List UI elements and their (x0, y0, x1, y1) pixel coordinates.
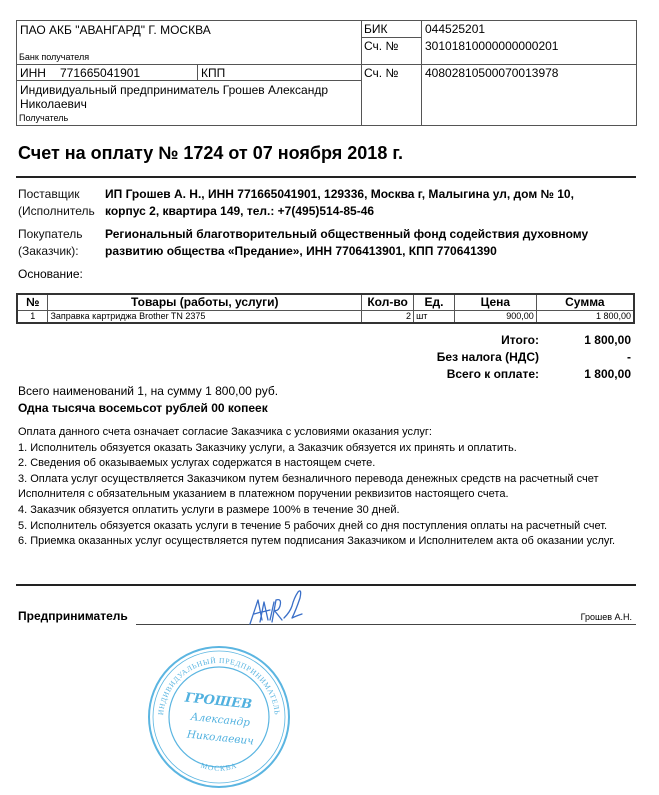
stamp-line1: ГРОШЕВ (183, 690, 253, 712)
vat-label: Без налога (НДС) (437, 350, 539, 364)
divider (197, 64, 198, 81)
recipient-caption: Получатель (19, 113, 68, 124)
kpp-label: КПП (201, 66, 225, 80)
terms-intro: Оплата данного счета означает согласие З… (18, 425, 638, 441)
recipient-account-value: 40802810500070013978 (425, 66, 558, 80)
signatory-name: Грошев А.Н. (581, 612, 632, 622)
signature-role-label: Предприниматель (18, 609, 128, 623)
total-value: 1 800,00 (584, 333, 631, 347)
corr-account-label: Сч. № (364, 39, 398, 53)
supplier-value-line1: ИП Грошев А. Н., ИНН 771665041901, 12933… (105, 186, 635, 203)
payment-terms: Оплата данного счета означает согласие З… (18, 425, 638, 550)
cell-goods: Заправка картриджа Brother TN 2375 (48, 310, 362, 323)
terms-item: 2. Сведения об оказываемых услугах содер… (18, 456, 638, 472)
stamp-ring-bottom: МОСКВА (200, 761, 239, 773)
handwritten-signature-icon (246, 586, 326, 628)
bank-caption: Банк получателя (19, 52, 89, 63)
supplier-label-line1: Поставщик (18, 186, 108, 203)
col-header-qty: Кол-во (362, 294, 414, 310)
company-stamp-icon: ИНДИВИДУАЛЬНЫЙ ПРЕДПРИНИМАТЕЛЬ МОСКВА ГР… (144, 641, 294, 791)
buyer-label-line2: (Заказчик): (18, 243, 108, 260)
terms-item: 6. Приемка оказанных услуг осуществляетс… (18, 534, 638, 550)
col-header-goods: Товары (работы, услуги) (48, 294, 362, 310)
stamp-line3: Николаевич (185, 728, 254, 747)
title-rule (16, 176, 636, 178)
bank-name: ПАО АКБ "АВАНГАРД" Г. МОСКВА (20, 23, 211, 37)
items-header-row: № Товары (работы, услуги) Кол-во Ед. Цен… (17, 294, 634, 310)
supplier-value-line2: корпус 2, квартира 149, тел.: +7(495)514… (105, 203, 635, 220)
supplier-label: Поставщик (Исполнитель (18, 186, 108, 220)
buyer-value-line1: Региональный благотворительный обществен… (105, 226, 635, 243)
corr-account-value: 30101810000000000201 (425, 39, 558, 53)
grand-total-label: Всего к оплате: (447, 367, 539, 381)
stamp-line2: Александр (189, 711, 251, 729)
cell-number: 1 (17, 310, 48, 323)
buyer-value-line2: развитию общества «Предание», ИНН 770641… (105, 243, 635, 260)
inn-label: ИНН (20, 66, 46, 80)
recipient-name-line2: Николаевич (20, 97, 87, 111)
buyer-label: Покупатель (Заказчик): (18, 226, 108, 260)
terms-item: 4. Заказчик обязуется оплатить услуги в … (18, 503, 638, 519)
col-header-sum: Сумма (536, 294, 634, 310)
supplier-label-line2: (Исполнитель (18, 203, 108, 220)
terms-item: 3. Оплата услуг осуществляется Заказчико… (18, 472, 638, 503)
signature-line (136, 624, 636, 625)
cell-unit: шт (414, 310, 455, 323)
invoice-title: Счет на оплату № 1724 от 07 ноября 2018 … (18, 143, 403, 164)
buyer-value: Региональный благотворительный обществен… (105, 226, 635, 260)
terms-item: 1. Исполнитель обязуется оказать Заказчи… (18, 441, 638, 457)
divider (421, 21, 422, 125)
bik-value: 044525201 (425, 22, 485, 36)
items-count-summary: Всего наименований 1, на сумму 1 800,00 … (18, 384, 278, 398)
cell-price: 900,00 (454, 310, 536, 323)
divider (17, 80, 361, 81)
inn-value: 771665041901 (60, 66, 140, 80)
table-row: 1 Заправка картриджа Brother TN 2375 2 ш… (17, 310, 634, 323)
cell-sum: 1 800,00 (536, 310, 634, 323)
bank-requisites-table: ПАО АКБ "АВАНГАРД" Г. МОСКВА Банк получа… (16, 20, 637, 126)
total-label: Итого: (501, 333, 539, 347)
divider (17, 64, 636, 65)
col-header-unit: Ед. (414, 294, 455, 310)
terms-item: 5. Исполнитель обязуется оказать услуги … (18, 519, 638, 535)
basis-label: Основание: (18, 267, 83, 281)
terms-rule (16, 584, 636, 586)
amount-in-words: Одна тысяча восемьсот рублей 00 копеек (18, 401, 268, 415)
bik-label: БИК (364, 22, 388, 36)
recipient-account-label: Сч. № (364, 66, 398, 80)
vat-value: - (627, 350, 631, 364)
buyer-label-line1: Покупатель (18, 226, 108, 243)
cell-qty: 2 (362, 310, 414, 323)
recipient-name-line1: Индивидуальный предприниматель Грошев Ал… (20, 83, 328, 97)
svg-text:МОСКВА: МОСКВА (200, 761, 239, 773)
divider (361, 37, 421, 38)
items-table: № Товары (работы, услуги) Кол-во Ед. Цен… (16, 293, 635, 324)
col-header-price: Цена (454, 294, 536, 310)
col-header-number: № (17, 294, 48, 310)
grand-total-value: 1 800,00 (584, 367, 631, 381)
supplier-value: ИП Грошев А. Н., ИНН 771665041901, 12933… (105, 186, 635, 220)
